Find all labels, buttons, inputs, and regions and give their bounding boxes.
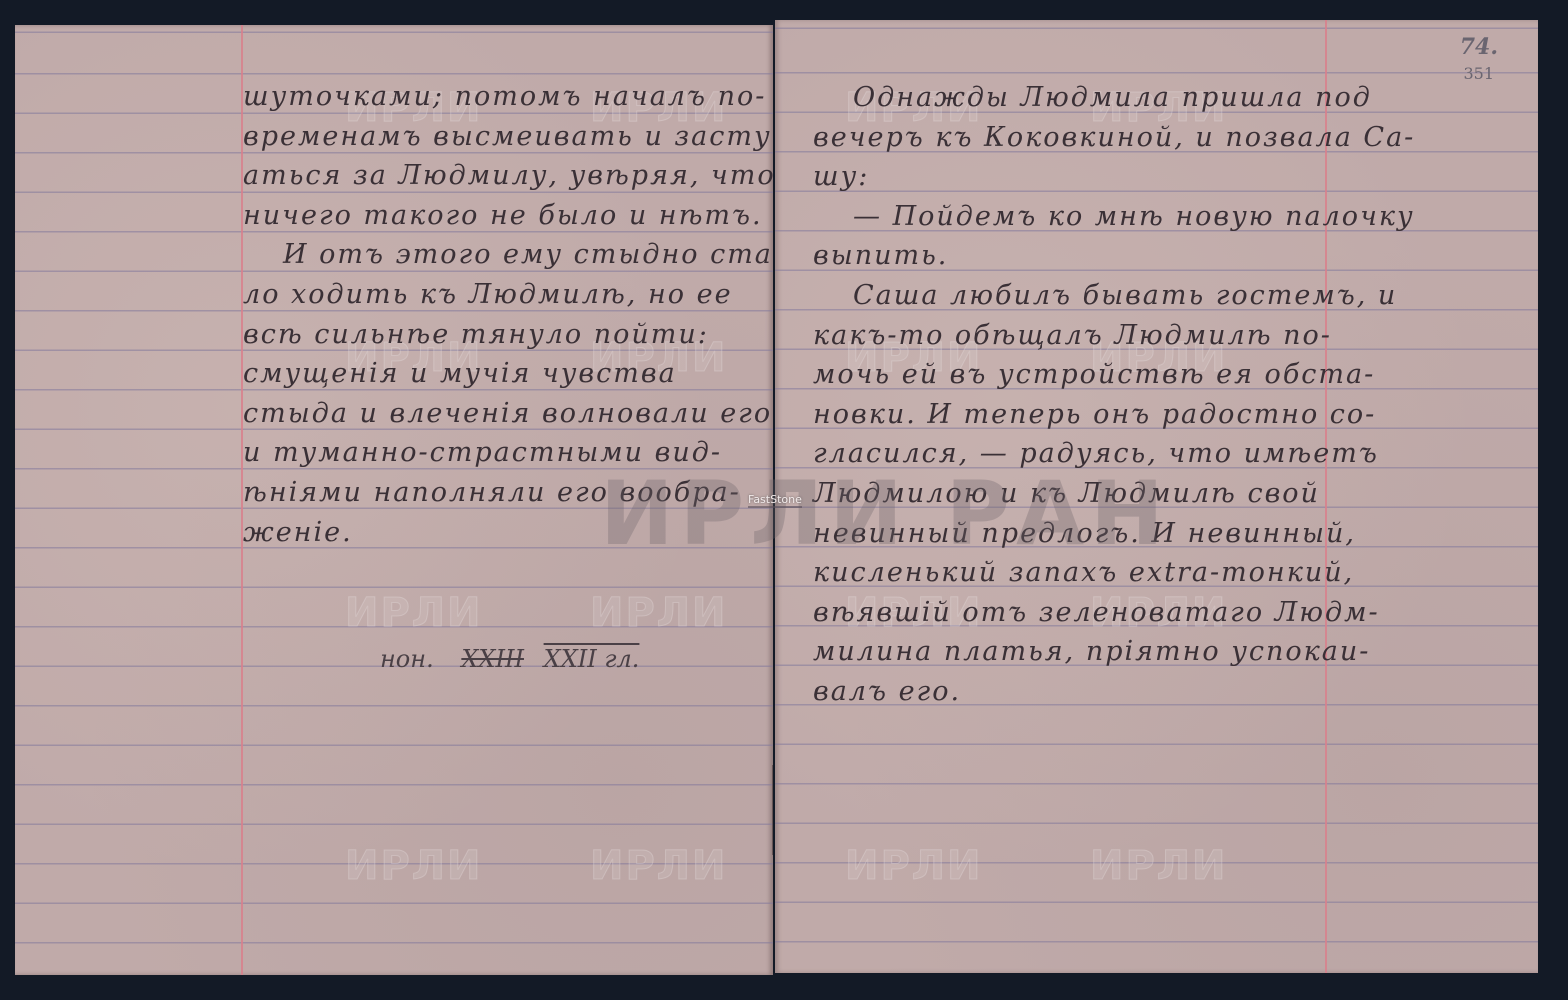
text-line: всѣ сильнѣе тянуло пойти: (243, 315, 773, 355)
watermark: ИРЛИ (1090, 843, 1228, 889)
handwritten-text-right: Однажды Людмила пришла под вечеръ къ Кок… (813, 78, 1415, 712)
text-line: временамъ высмеивать и заступ- (243, 117, 773, 157)
text-line: Саша любилъ бывать гостемъ, и (813, 276, 1415, 316)
folio-number: 74. (1460, 34, 1498, 60)
text-line: какъ-то обѣщалъ Людмилѣ по- (813, 316, 1415, 356)
watermark: ИРЛИ (345, 590, 483, 636)
text-line: смущенія и мучія чувства (243, 354, 773, 394)
text-line: новки. И теперь онъ радостно со- (813, 395, 1415, 435)
viewer-label: FastStone (748, 493, 802, 508)
watermark: ИРЛИ (590, 590, 728, 636)
watermark-large: ИРЛИ РАН (600, 462, 1170, 565)
watermark: ИРЛИ (845, 843, 983, 889)
watermark: ИРЛИ (590, 843, 728, 889)
text-line: аться за Людмилу, увѣряя, что (243, 156, 773, 196)
text-line: Однажды Людмила пришла под (813, 78, 1415, 118)
text-line: шуточками; потомъ началъ по- (243, 77, 773, 117)
text-line: вѣявшій отъ зеленоватаго Людм- (813, 593, 1415, 633)
text-line: стыда и влеченія волновали его (243, 394, 773, 434)
page-crease (772, 765, 773, 855)
text-line: — Пойдемъ ко мнѣ новую палочку (813, 197, 1415, 237)
chapter-note-struck: XXIII (461, 645, 524, 673)
text-line: шу: (813, 157, 1415, 197)
watermark: ИРЛИ (345, 843, 483, 889)
text-line: И отъ этого ему стыдно ста- (243, 235, 773, 275)
text-line: вечеръ къ Коковкиной, и позвала Са- (813, 118, 1415, 158)
text-line: мочь ей въ устройствѣ ея обста- (813, 355, 1415, 395)
chapter-note-value: XXII гл. (544, 645, 640, 673)
text-line: ничего такого не было и нѣтъ. (243, 196, 773, 236)
text-line: милина платья, пріятно успокаи- (813, 632, 1415, 672)
chapter-note-prefix: нон. (380, 645, 434, 673)
text-line: валъ его. (813, 672, 1415, 712)
folio-subnumber: 351 (1463, 64, 1494, 83)
chapter-note: нон. XXIII XXII гл. (380, 645, 639, 673)
text-line: выпить. (813, 236, 1415, 276)
text-line: ло ходить къ Людмилѣ, но ее (243, 275, 773, 315)
